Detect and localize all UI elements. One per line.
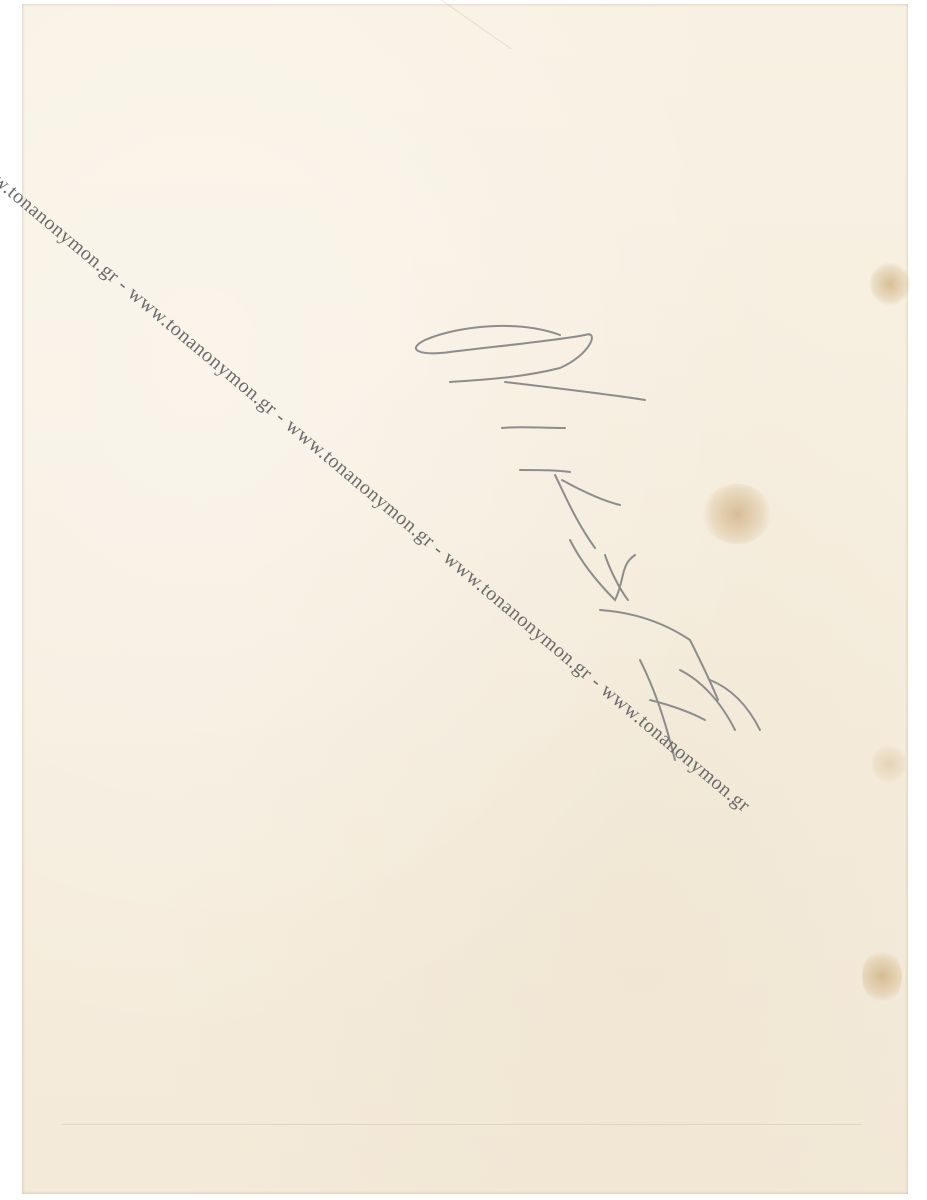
pencil-handwriting — [0, 0, 927, 1200]
